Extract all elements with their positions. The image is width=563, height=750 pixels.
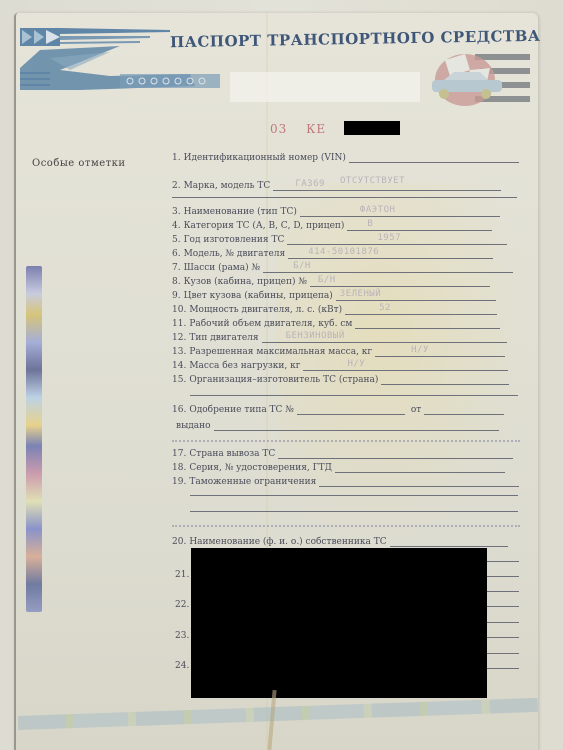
series-letters: КЕ — [306, 122, 326, 136]
row-number: 23. — [175, 631, 189, 641]
field-customs: 19.Таможенные ограничения — [172, 476, 519, 487]
field-vin: 1.Идентификационный номер (VIN) — [172, 152, 519, 163]
field-export-country: 17.Страна вывоза ТС — [172, 448, 513, 459]
field-owner: 20.Наименование (ф. и. о.) собственника … — [172, 536, 508, 547]
field-displacement: 11.Рабочий объем двигателя, куб. см — [172, 318, 500, 329]
field-category: 4.Категория ТС (А, В, С, D, прицеп) В — [172, 220, 492, 231]
redacted-owner-block — [191, 548, 487, 698]
field-certificate: 18.Серия, № удостоверения, ГТД — [172, 462, 505, 473]
field-curb-mass: 14.Масса без нагрузки, кг Н/У — [172, 360, 508, 371]
passport-series: 03 КЕ — [270, 122, 340, 136]
field-color: 9.Цвет кузова (кабины, прицепа) ЗЕЛЕНЫЙ — [172, 290, 496, 301]
series-region: 03 — [270, 122, 287, 136]
row-number: 22. — [175, 600, 189, 610]
special-notes-label: Особые отметки — [32, 158, 126, 169]
field-type-approval: 16.Одобрение типа ТС № от — [172, 404, 504, 415]
field-body: 8.Кузов (кабина, прицеп) № Б/Н — [172, 276, 490, 287]
field-manufacturer: 15.Организация–изготовитель ТС (страна) — [172, 374, 509, 385]
field-engine-number: 6.Модель, № двигателя 414-50101876 — [172, 248, 493, 259]
car-emblem-icon — [420, 50, 530, 110]
separator — [172, 525, 520, 527]
row-number: 24. — [175, 661, 189, 671]
field-chassis: 7.Шасси (рама) № Б/Н — [172, 262, 513, 273]
hologram-strip — [26, 266, 42, 612]
separator — [172, 440, 520, 442]
field-type: 3.Наименование (тип ТС) ФАЭТОН — [172, 206, 500, 217]
field-engine-type: 12.Тип двигателя БЕНЗИНОВЫЙ — [172, 332, 507, 343]
header-band — [230, 72, 420, 102]
row-number: 21. — [175, 570, 189, 580]
field-issued: выдано — [176, 420, 499, 431]
field-make-model: 2.Марка, модель ТС ГАЗ69 — [172, 180, 501, 191]
redacted-passport-number — [344, 121, 400, 135]
field-max-mass: 13.Разрешенная максимальная масса, кг Н/… — [172, 346, 505, 357]
field-year: 5.Год изготовления ТС 1957 — [172, 234, 507, 245]
field-power: 10.Мощность двигателя, л. с. (кВт) 52 — [172, 304, 497, 315]
